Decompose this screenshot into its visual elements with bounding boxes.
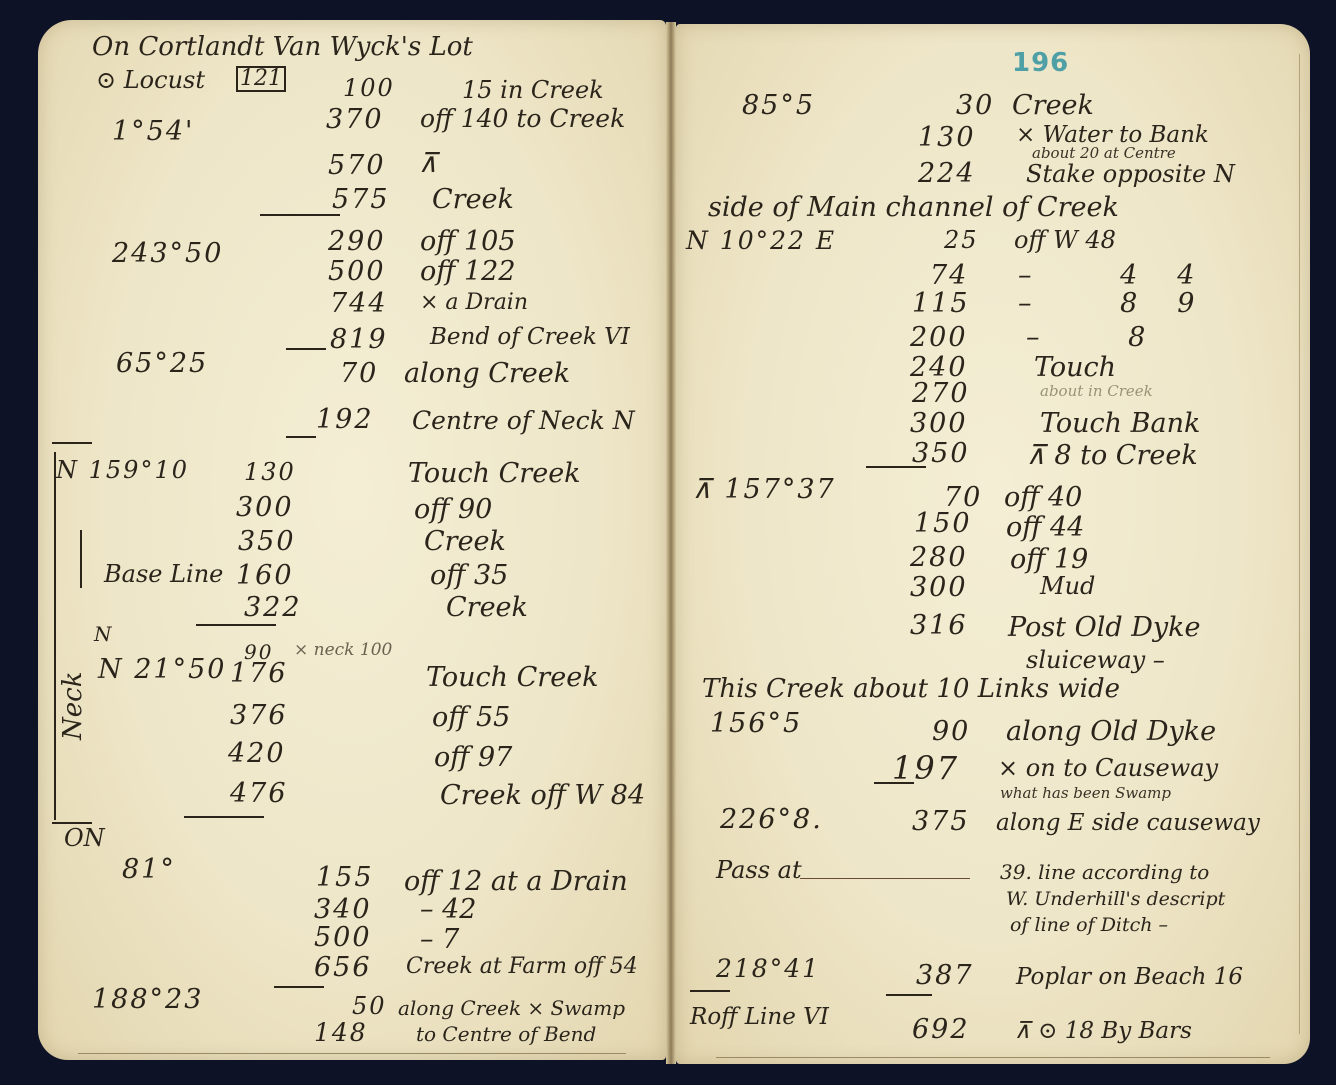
pass-at-rule bbox=[800, 878, 970, 879]
distance: 500 bbox=[328, 258, 386, 285]
subtotal-rule bbox=[260, 214, 340, 216]
distance: 570 bbox=[328, 152, 386, 179]
margin-vertical-note: Neck bbox=[60, 672, 86, 740]
page-heading: On Cortlandt Van Wyck's Lot bbox=[92, 34, 473, 60]
distance: 290 bbox=[328, 228, 386, 255]
note: × on to Causeway bbox=[998, 756, 1218, 780]
distance: 130 bbox=[918, 124, 976, 151]
distance: 376 bbox=[230, 702, 288, 729]
margin-bracket bbox=[54, 452, 56, 820]
page-edge bbox=[1299, 54, 1300, 1034]
note: off 12 at a Drain bbox=[404, 868, 628, 895]
subtotal-rule bbox=[286, 436, 316, 438]
margin-on-mark: ON bbox=[64, 826, 105, 850]
bearing: 188°23 bbox=[92, 986, 203, 1013]
note: – 42 bbox=[420, 896, 476, 923]
note: Post Old Dyke bbox=[1008, 614, 1201, 641]
note: off 35 bbox=[430, 562, 508, 589]
note: 39. line according to bbox=[1000, 862, 1209, 882]
note: Touch Creek bbox=[408, 460, 581, 487]
note: Touch Creek bbox=[426, 664, 599, 691]
note: Creek off W 84 bbox=[440, 782, 645, 809]
page-edge bbox=[716, 1057, 1270, 1058]
distance: 575 bbox=[332, 186, 390, 213]
distance: 155 bbox=[316, 864, 374, 891]
note: along Creek bbox=[404, 360, 570, 387]
note-annotation: what has been Swamp bbox=[1000, 786, 1171, 801]
note: off 19 bbox=[1010, 546, 1088, 573]
book-gutter bbox=[666, 22, 676, 1064]
distance: 148 bbox=[314, 1020, 368, 1045]
note: off 90 bbox=[414, 496, 492, 523]
start-number-box: 121 bbox=[236, 66, 286, 92]
page-edge bbox=[78, 1053, 626, 1054]
note: Touch Bank bbox=[1040, 410, 1200, 437]
distance: 50 bbox=[352, 994, 387, 1018]
distance: 340 bbox=[314, 896, 372, 923]
bearing: 1°54' bbox=[112, 118, 194, 145]
distance: 74 bbox=[930, 262, 968, 289]
subtotal-rule bbox=[286, 348, 326, 350]
distance: 322 bbox=[244, 594, 302, 621]
margin-north-mark: N bbox=[94, 624, 112, 644]
note: – 44 bbox=[1018, 262, 1234, 289]
distance: 70 bbox=[340, 360, 378, 387]
distance: 316 bbox=[910, 612, 968, 639]
distance: 100 bbox=[343, 76, 395, 100]
note: – 89 bbox=[1018, 290, 1234, 317]
distance: 420 bbox=[228, 740, 286, 767]
creek-width-note: This Creek about 10 Links wide bbox=[702, 676, 1120, 702]
subtotal-rule bbox=[274, 986, 324, 988]
start-marker: ⊙ Locust bbox=[96, 68, 205, 92]
note-continued: sluiceway – bbox=[1026, 648, 1165, 672]
distance: 192 bbox=[316, 406, 374, 433]
bearing: 218°41 bbox=[716, 956, 820, 981]
distance: 130 bbox=[244, 460, 296, 484]
distance: 375 bbox=[912, 808, 970, 835]
note: Creek bbox=[1012, 92, 1094, 119]
note: × a Drain bbox=[420, 292, 528, 314]
note: Mud bbox=[1040, 574, 1095, 598]
note: ⊼ bbox=[418, 150, 438, 177]
note: Bend of Creek VI bbox=[430, 326, 630, 349]
bearing: 85°5 bbox=[742, 92, 815, 119]
note: Centre of Neck N bbox=[412, 408, 635, 433]
faint-note: about in Creek bbox=[1040, 384, 1153, 399]
line-label: Roff Line VI bbox=[690, 1006, 829, 1029]
note: off 97 bbox=[434, 744, 512, 771]
page-number-stamp: 196 bbox=[1012, 48, 1069, 78]
note-continued: side of Main channel of Creek bbox=[708, 194, 1119, 221]
base-line-label: Base Line bbox=[104, 562, 223, 586]
distance: 819 bbox=[330, 326, 388, 353]
subtotal-rule bbox=[184, 816, 264, 818]
bearing: ⊼ 157°37 bbox=[692, 476, 836, 503]
note: off W 48 bbox=[1014, 228, 1116, 252]
distance: 176 bbox=[230, 660, 288, 687]
note: ⊼ ⊙ 18 By Bars bbox=[1014, 1020, 1192, 1043]
subtotal-rule bbox=[690, 990, 730, 992]
note-continued: W. Underhill's descript bbox=[1006, 890, 1225, 909]
distance: 300 bbox=[910, 410, 968, 437]
note: Stake opposite N bbox=[1026, 162, 1235, 186]
pass-at-label: Pass at bbox=[716, 858, 802, 882]
note: off 122 bbox=[420, 258, 516, 285]
note: along Old Dyke bbox=[1006, 718, 1216, 745]
subtotal-rule bbox=[874, 782, 914, 784]
note: off 140 to Creek bbox=[420, 106, 625, 131]
bearing: 243°50 bbox=[112, 240, 223, 267]
bearing: N 159°10 bbox=[56, 458, 189, 482]
note: – 7 bbox=[420, 926, 459, 953]
distance: 387 bbox=[916, 962, 974, 989]
bearing: N 10°22 E bbox=[686, 228, 836, 253]
note: off 40 bbox=[1004, 484, 1082, 511]
distance: 150 bbox=[914, 510, 972, 537]
distance: 240 bbox=[910, 354, 968, 381]
note: off 105 bbox=[420, 228, 516, 255]
bearing: N 21°50 bbox=[98, 656, 226, 683]
note: Creek bbox=[424, 528, 506, 555]
distance: 160 bbox=[236, 562, 294, 589]
note: along E side causeway bbox=[996, 812, 1260, 835]
distance: 115 bbox=[912, 290, 970, 317]
distance: 270 bbox=[912, 380, 970, 407]
note: off 55 bbox=[432, 704, 510, 731]
subtotal-rule bbox=[196, 624, 276, 626]
distance: 350 bbox=[238, 528, 296, 555]
notebook-spread: On Cortlandt Van Wyck's Lot ⊙ Locust 121… bbox=[0, 0, 1336, 1085]
bearing: 81° bbox=[122, 856, 176, 883]
distance: 692 bbox=[912, 1016, 970, 1043]
note: ⊼ 8 to Creek bbox=[1026, 442, 1198, 469]
distance: 224 bbox=[918, 160, 976, 187]
subtotal-rule bbox=[866, 466, 926, 468]
distance: 370 bbox=[326, 106, 384, 133]
distance: 300 bbox=[236, 494, 294, 521]
subtotal-rule bbox=[886, 994, 932, 996]
distance: 70 bbox=[944, 484, 982, 511]
distance: 300 bbox=[910, 574, 968, 601]
bearing: 226°8. bbox=[720, 806, 823, 833]
distance: 500 bbox=[314, 924, 372, 951]
note: – 8 bbox=[1026, 324, 1185, 351]
note-continued: of line of Ditch – bbox=[1010, 916, 1168, 935]
note: Creek bbox=[446, 594, 528, 621]
margin-bracket bbox=[80, 530, 82, 588]
distance: 656 bbox=[314, 954, 372, 981]
distance: 744 bbox=[330, 290, 388, 317]
distance: 90 bbox=[932, 718, 970, 745]
distance: 350 bbox=[912, 440, 970, 467]
distance: 30 bbox=[956, 92, 994, 119]
distance: 280 bbox=[910, 544, 968, 571]
note: Touch bbox=[1034, 354, 1116, 381]
distance: 476 bbox=[230, 780, 288, 807]
note: Poplar on Beach 16 bbox=[1016, 966, 1243, 989]
note: × neck 100 bbox=[294, 642, 392, 659]
note: 15 in Creek bbox=[462, 78, 604, 102]
bearing: 156°5 bbox=[710, 710, 802, 737]
distance: 197 bbox=[892, 752, 959, 784]
bearing: 65°25 bbox=[116, 350, 208, 377]
note: Creek bbox=[432, 186, 514, 213]
note: off 44 bbox=[1006, 514, 1084, 541]
note: to Centre of Bend bbox=[416, 1024, 596, 1044]
note: Creek at Farm off 54 bbox=[406, 956, 638, 978]
distance: 25 bbox=[944, 228, 979, 252]
margin-rule bbox=[52, 442, 92, 444]
note: along Creek × Swamp bbox=[398, 998, 625, 1018]
distance: 200 bbox=[910, 324, 968, 351]
note-annotation: about 20 at Centre bbox=[1032, 146, 1176, 161]
